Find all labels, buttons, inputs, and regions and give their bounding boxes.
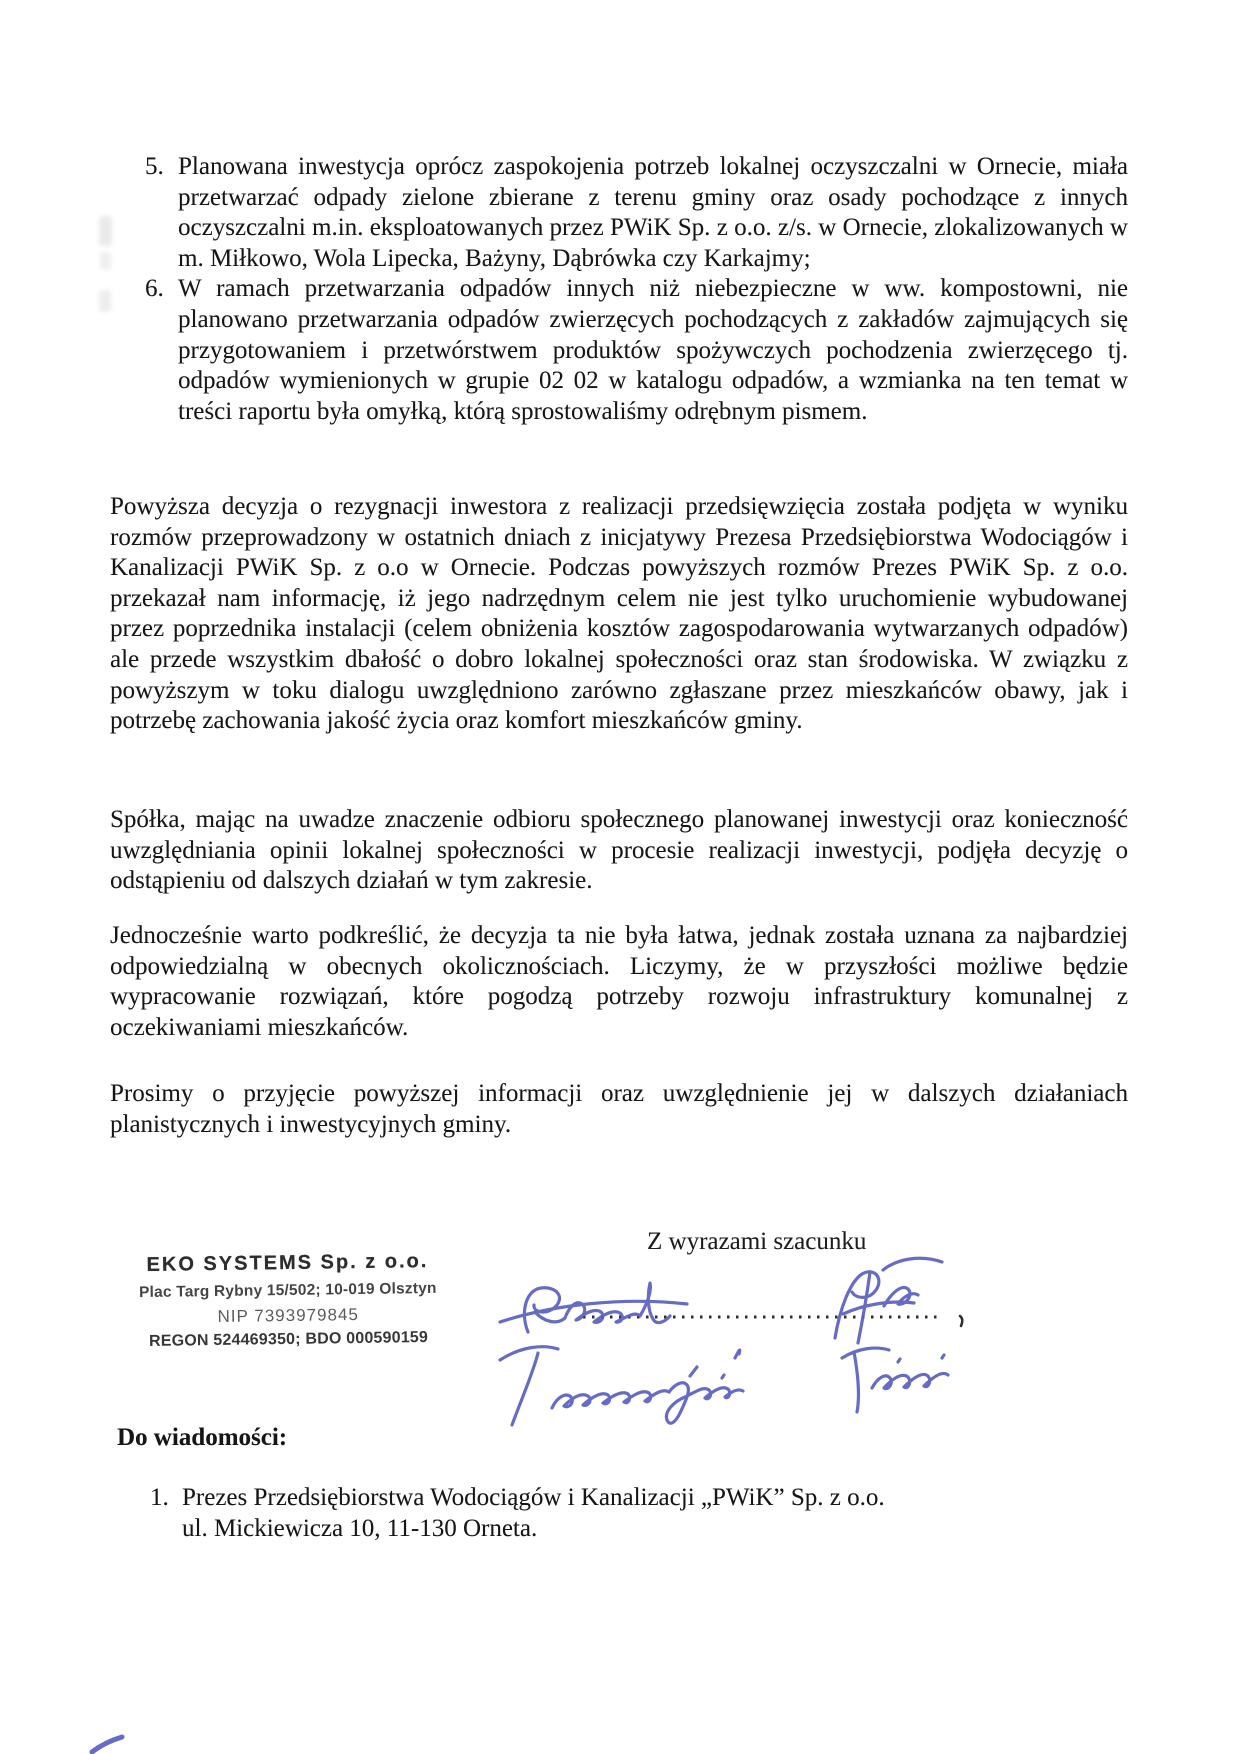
scanned-letter-page: 5. Planowana inwestycja oprócz zaspokoje… (0, 0, 1240, 1754)
company-stamp: EKO SYSTEMS Sp. z o.o. Plac Targ Rybny 1… (137, 1250, 438, 1351)
paragraph-difficult-decision: Jednocześnie warto podkreślić, że decyzj… (110, 921, 1128, 1043)
numbered-list: 5. Planowana inwestycja oprócz zaspokoje… (145, 152, 1130, 427)
distribution-heading: Do wiadomości: (117, 1424, 287, 1452)
list-number: 5. (145, 152, 178, 274)
list-item-text: Planowana inwestycja oprócz zaspokojenia… (178, 152, 1128, 274)
scan-smudge (99, 290, 111, 312)
stamp-regon-bdo: REGON 524469350; BDO 000590159 (138, 1329, 438, 1351)
list-item-5: 5. Planowana inwestycja oprócz zaspokoje… (145, 152, 1130, 274)
list-number: 6. (145, 274, 178, 427)
list-item-text: W ramach przetwarzania odpadów innych ni… (178, 274, 1128, 427)
list-number: 1. (150, 1482, 182, 1544)
scan-smudge (100, 252, 111, 270)
stamp-company-name: EKO SYSTEMS Sp. z o.o. (137, 1250, 437, 1277)
recipient-name: Prezes Przedsiębiorstwa Wodociągów i Kan… (182, 1484, 885, 1511)
scan-ink-mark (88, 1734, 128, 1754)
recipient-address: ul. Mickiewicza 10, 11-130 Orneta. (182, 1515, 537, 1542)
handwritten-signature (440, 1250, 1020, 1455)
paragraph-decision-rationale: Powyższa decyzja o rezygnacji inwestora … (110, 492, 1128, 737)
distribution-item-1: 1. Prezes Przedsiębiorstwa Wodociągów i … (150, 1482, 1050, 1544)
paragraph-company-withdrawal: Spółka, mając na uwadze znaczenie odbior… (110, 805, 1128, 897)
scan-smudge (99, 216, 112, 246)
stamp-nip: NIP 7393979845 (138, 1304, 438, 1328)
distribution-item-text: Prezes Przedsiębiorstwa Wodociągów i Kan… (182, 1482, 885, 1544)
paragraph-request: Prosimy o przyjęcie powyższej informacji… (110, 1079, 1128, 1140)
stamp-address: Plac Targ Rybny 15/502; 10-019 Olsztyn (138, 1280, 438, 1302)
list-item-6: 6. W ramach przetwarzania odpadów innych… (145, 274, 1130, 427)
signature-reading: Robert Trzeszczyński (0, 0, 1, 1)
